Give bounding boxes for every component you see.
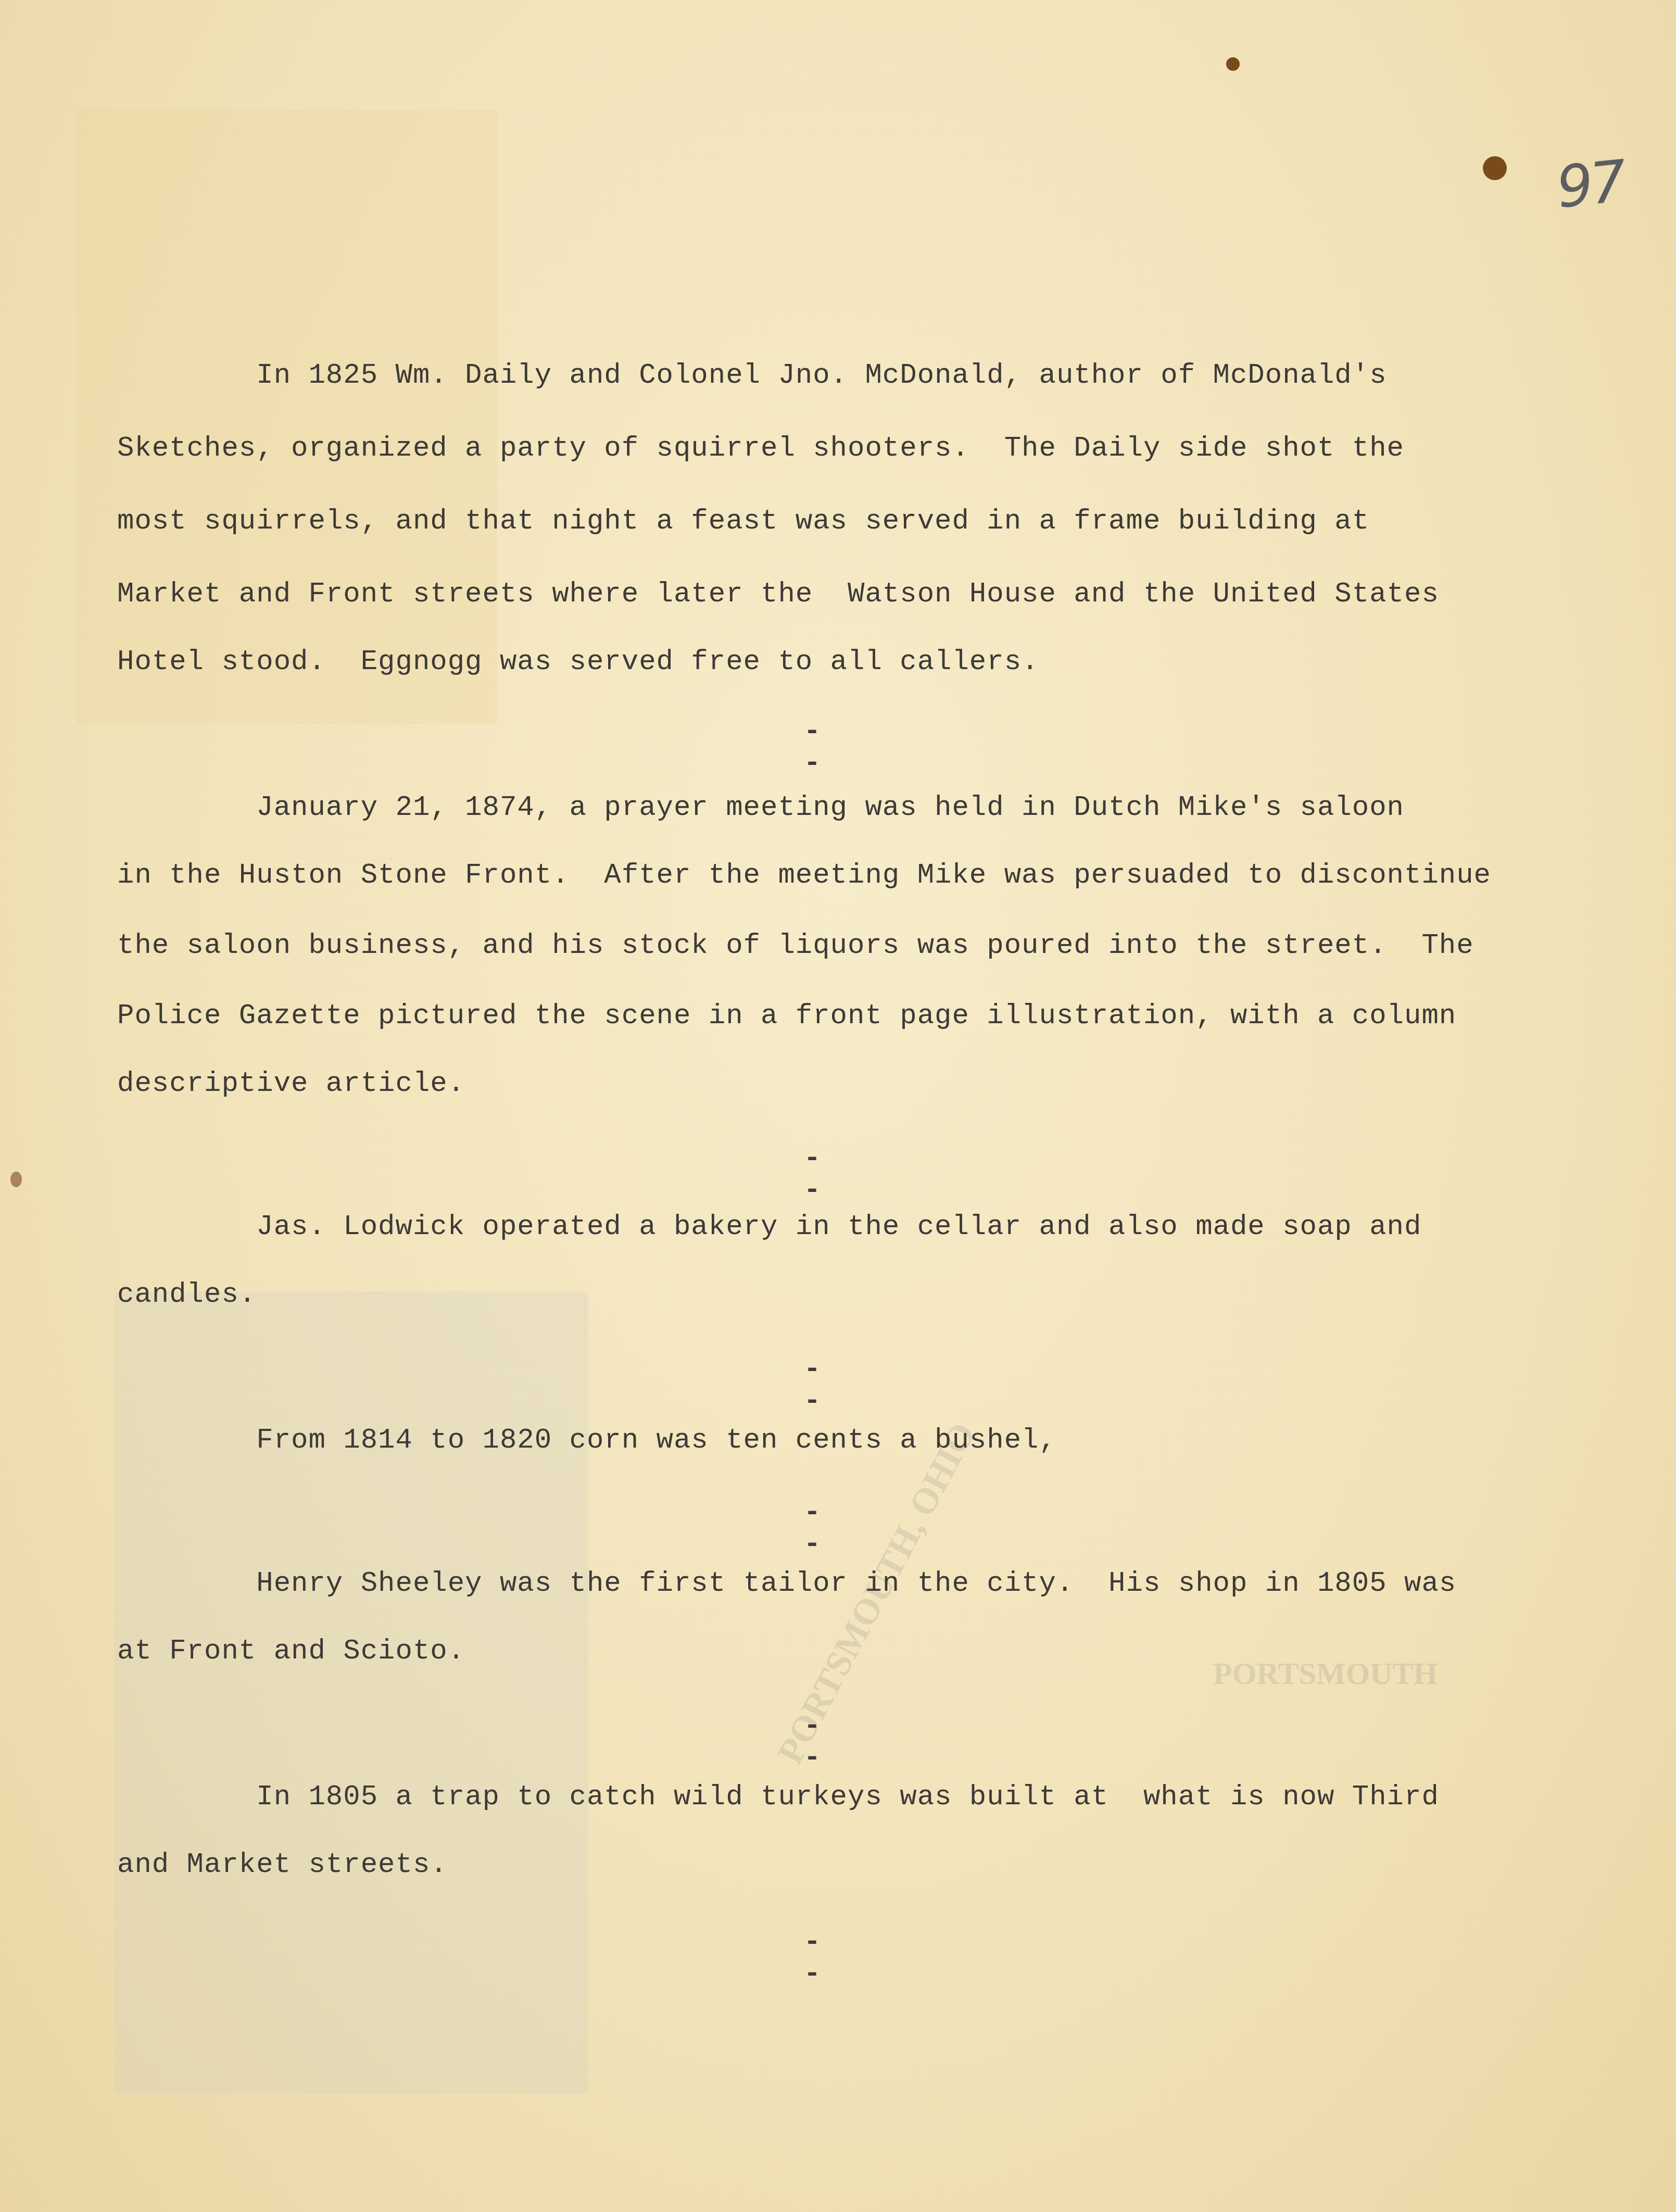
separator: -- [797, 1143, 828, 1206]
entry-6-line-2: and Market streets. [117, 1851, 1523, 1879]
separator: -- [797, 1927, 828, 1990]
entry-6-line-1: In 1805 a trap to catch wild turkeys was… [117, 1783, 1523, 1812]
entry-2-line-1: January 21, 1874, a prayer meeting was h… [117, 794, 1523, 822]
entry-2-line-5: descriptive article. [117, 1070, 1523, 1098]
entry-1-line-5: Hotel stood. Eggnogg was served free to … [117, 648, 1523, 676]
separator: -- [797, 716, 828, 780]
ink-stain [10, 1172, 22, 1187]
entry-1-line-4: Market and Front streets where later the… [117, 581, 1523, 609]
entry-3-line-1: Jas. Lodwick operated a bakery in the ce… [117, 1213, 1523, 1241]
entry-5-line-1: Henry Sheeley was the first tailor in th… [117, 1570, 1523, 1598]
ink-stain [1483, 156, 1507, 180]
separator: -- [797, 1354, 828, 1417]
entry-1-line-1: In 1825 Wm. Daily and Colonel Jno. McDon… [117, 362, 1523, 390]
entry-2-line-2: in the Huston Stone Front. After the mee… [117, 862, 1523, 890]
separator: -- [797, 1497, 828, 1561]
shadow-patch [115, 1291, 588, 2093]
entry-2-line-3: the saloon business, and his stock of li… [117, 932, 1523, 960]
entry-4-line-1: From 1814 to 1820 corn was ten cents a b… [117, 1427, 1523, 1455]
entry-2-line-4: Police Gazette pictured the scene in a f… [117, 1002, 1523, 1030]
page-number: 97 [1554, 148, 1627, 221]
discolored-paper-patch [75, 109, 497, 724]
entry-1-line-3: most squirrels, and that night a feast w… [117, 508, 1523, 536]
separator: -- [797, 1711, 828, 1774]
entry-5-line-2: at Front and Scioto. [117, 1638, 1523, 1666]
entry-1-line-2: Sketches, organized a party of squirrel … [117, 435, 1523, 463]
ink-stain [1226, 57, 1240, 71]
entry-3-line-2: candles. [117, 1281, 1523, 1309]
